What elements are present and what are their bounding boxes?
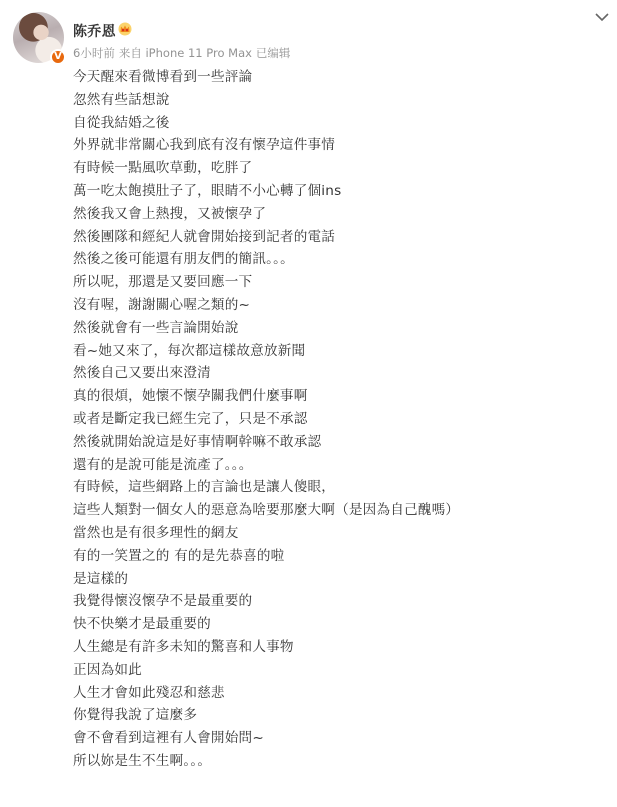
post-line: 沒有喔，謝謝關心喔之類的~ <box>73 294 613 317</box>
post-line: 然後之後可能還有朋友們的簡訊。。。 <box>73 248 613 271</box>
post-line: 今天醒來看微博看到一些評論 <box>73 66 613 89</box>
post-line: 或者是斷定我已經生完了，只是不承認 <box>73 408 613 431</box>
crown-icon[interactable] <box>118 22 132 36</box>
post-line: 正因為如此 <box>73 659 613 682</box>
author-name[interactable]: 陈乔恩 <box>73 21 116 41</box>
post-line: 外界就非常關心我到底有沒有懷孕這件事情 <box>73 134 613 157</box>
post-line: 當然也是有很多理性的網友 <box>73 522 613 545</box>
post-line: 然後就開始說這是好事情啊幹嘛不敢承認 <box>73 431 613 454</box>
post-line: 所以呢，那還是又要回應一下 <box>73 271 613 294</box>
post-line: 然後團隊和經紀人就會開始接到記者的電話 <box>73 226 613 249</box>
weibo-post: V 陈乔恩 6小时前来自 iPhone 11 Pro Max已编辑 今天醒來看微… <box>0 0 617 807</box>
post-line: 看~她又來了，每次都這樣故意放新聞 <box>73 340 613 363</box>
post-line: 我覺得懷沒懷孕不是最重要的 <box>73 590 613 613</box>
post-line: 人生才會如此殘忍和慈悲 <box>73 682 613 705</box>
post-line: 忽然有些話想說 <box>73 89 613 112</box>
post-line: 這些人類對一個女人的惡意為啥要那麼大啊（是因為自己醜嗎） <box>73 499 613 522</box>
post-meta: 6小时前来自 iPhone 11 Pro Max已编辑 <box>73 45 294 61</box>
verified-badge-icon: V <box>50 49 66 65</box>
post-line: 會不會看到這裡有人會開始問~ <box>73 727 613 750</box>
post-line: 然後自己又要出來澄清 <box>73 362 613 385</box>
post-line: 有時候，這些網路上的言論也是讓人傻眼， <box>73 476 613 499</box>
post-line: 你覺得我說了這麼多 <box>73 704 613 727</box>
edited-label[interactable]: 已编辑 <box>256 46 291 60</box>
post-time[interactable]: 6小时前 <box>73 46 115 60</box>
post-content: 今天醒來看微博看到一些評論 忽然有些話想說 自從我結婚之後 外界就非常關心我到底… <box>73 66 613 773</box>
post-line: 然後就會有一些言論開始說 <box>73 317 613 340</box>
post-line: 所以妳是生不生啊。。。 <box>73 750 613 773</box>
post-line: 自從我結婚之後 <box>73 112 613 135</box>
post-line: 有時候一點風吹草動，吃胖了 <box>73 157 613 180</box>
post-line: 人生總是有許多未知的驚喜和人事物 <box>73 636 613 659</box>
post-line: 有的一笑置之的 有的是先恭喜的啦 <box>73 545 613 568</box>
post-line: 是這樣的 <box>73 568 613 591</box>
avatar-container[interactable]: V <box>13 12 64 63</box>
post-line: 還有的是說可能是流產了。。。 <box>73 454 613 477</box>
post-line: 真的很煩，她懷不懷孕關我們什麼事啊 <box>73 385 613 408</box>
post-line: 然後我又會上熱搜，又被懷孕了 <box>73 203 613 226</box>
post-source: 来自 iPhone 11 Pro Max <box>119 46 252 60</box>
post-line: 快不快樂才是最重要的 <box>73 613 613 636</box>
chevron-down-icon[interactable] <box>592 8 612 26</box>
post-line: 萬一吃太飽摸肚子了，眼睛不小心轉了個ins <box>73 180 613 203</box>
